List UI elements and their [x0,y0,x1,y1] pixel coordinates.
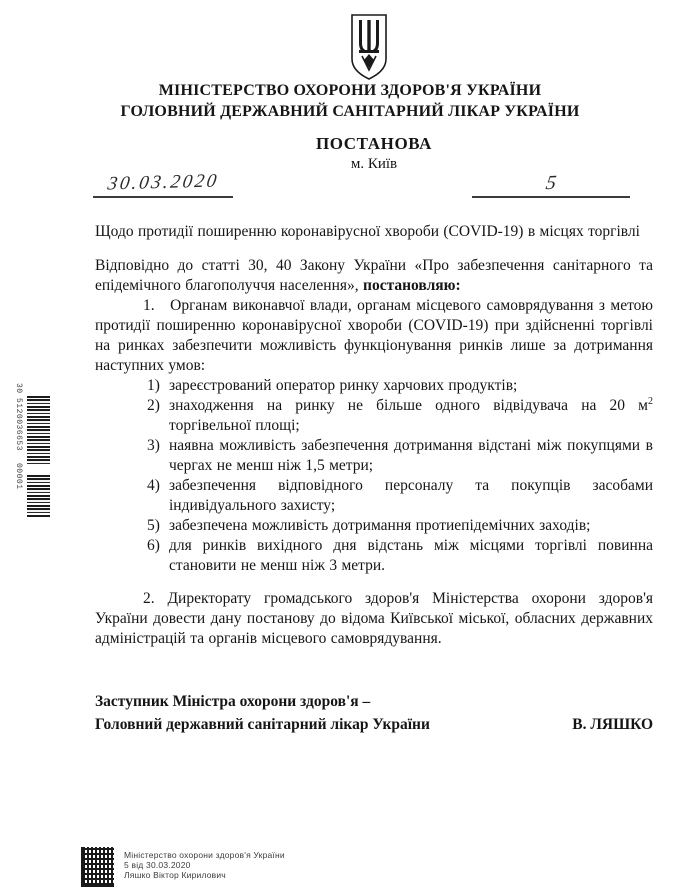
qr-code-icon [81,847,114,887]
signer-name: В. ЛЯШКО [572,713,653,736]
signer-title-line1: Заступник Міністра охорони здоров'я – [95,690,653,713]
barcode-bars [27,396,50,517]
document-type-block: ПОСТАНОВА м. Київ [95,134,653,173]
paragraph-2: 2. Директорату громадського здоров'я Мін… [95,589,653,649]
chief-sanitary-doctor-title: ГОЛОВНИЙ ДЕРЖАВНИЙ САНІТАРНИЙ ЛІКАР УКРА… [20,102,680,123]
document-type: ПОСТАНОВА [95,134,653,154]
stamp-number-date: 5 від 30.03.2020 [124,860,285,870]
document-page: МІНІСТЕРСТВО ОХОРОНИ ЗДОРОВ'Я УКРАЇНИ ГО… [0,0,684,890]
list-item: 2) знаходження на ринку не більше одного… [147,396,653,436]
list-item-number: 1) [147,376,169,396]
list-item: 4) забезпечення відповідного персоналу т… [147,476,653,516]
list-item-text: знаходження на ринку не більше одного ві… [169,396,653,436]
handwritten-number: 5 [544,170,559,196]
stamp-ministry: Міністерство охорони здоров'я України [124,850,285,860]
list-item-number: 5) [147,516,169,536]
list-item: 6) для ринків вихідного дня відстань між… [147,536,653,576]
list-item-number: 4) [147,476,169,516]
registration-barcode: 30512003665300001 [14,383,54,523]
list-item-text: наявна можливість забезпечення дотриманн… [169,436,653,476]
list-item: 3) наявна можливість забезпечення дотрим… [147,436,653,476]
list-item-text: забезпечення відповідного персоналу та п… [169,476,653,516]
letterhead: МІНІСТЕРСТВО ОХОРОНИ ЗДОРОВ'Я УКРАЇНИ ГО… [20,81,680,122]
list-item-text: для ринків вихідного дня відстань між мі… [169,536,653,576]
signature-block: Заступник Міністра охорони здоров'я – Го… [95,690,653,736]
stamp-signer-name: Ляшко Віктор Кирилович [124,870,285,880]
barcode-label-main: 5120036653 [14,398,23,451]
list-item-number: 3) [147,436,169,476]
barcode-bar-group-1 [27,396,50,466]
list-item-number: 2) [147,396,169,436]
handwritten-date: 30.03.2020 [106,169,221,198]
registration-stamp: Міністерство охорони здоров'я України 5 … [81,847,285,887]
barcode-digits: 30512003665300001 [14,383,23,523]
barcode-bar-group-2 [27,475,50,517]
list-item: 5) забезпечена можливість дотримання про… [147,516,653,536]
list-item-number: 6) [147,536,169,576]
document-body: Щодо протидії поширенню коронавірусної х… [95,222,653,649]
list-item-text: зареєстрований оператор ринку харчових п… [169,376,653,396]
square-meter-superscript: 2 [648,396,653,407]
list-item: 1) зареєстрований оператор ринку харчови… [147,376,653,396]
signer-title-line2: Головний державний санітарний лікар Укра… [95,713,430,736]
stamp-text: Міністерство охорони здоров'я України 5 … [124,850,285,880]
ukraine-trident-emblem-icon [349,13,389,83]
number-line: 5 [472,170,630,198]
conditions-list: 1) зареєстрований оператор ринку харчови… [95,376,653,576]
paragraph-1: 1. Органам виконавчої влади, органам міс… [95,296,653,376]
list-item-text: забезпечена можливість дотримання протие… [169,516,653,536]
ministry-name: МІНІСТЕРСТВО ОХОРОНИ ЗДОРОВ'Я УКРАЇНИ [20,81,680,102]
preamble-resolve-word: постановляю: [363,277,461,294]
date-line: 30.03.2020 [93,170,233,198]
barcode-label-top: 30 [14,383,23,394]
subject-paragraph: Щодо протидії поширенню коронавірусної х… [95,222,653,242]
barcode-label-bottom: 00001 [14,463,23,490]
preamble-paragraph: Відповідно до статті 30, 40 Закону Украї… [95,256,653,296]
